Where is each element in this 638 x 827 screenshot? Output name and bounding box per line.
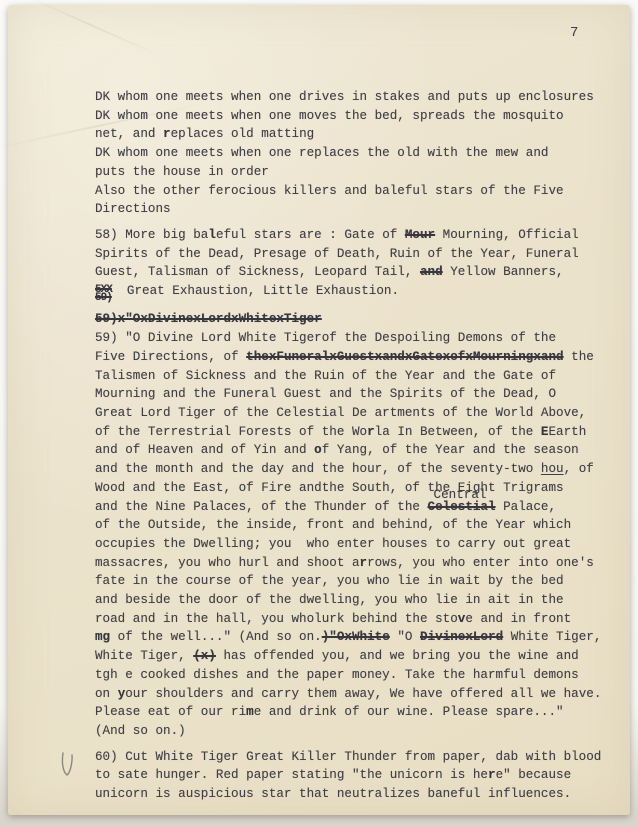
struck-text: CelestialCentral: [428, 500, 496, 514]
typewritten-text: DK whom one meets when one drives in sta…: [95, 88, 616, 811]
overtyped-stack: 5XX59): [95, 286, 112, 303]
text-line: road and in the hall, you wholurk behind…: [95, 610, 616, 629]
struck-text: )"OxWhite: [322, 630, 390, 644]
text-segment: m: [246, 705, 254, 719]
text-segment: (And so on.): [95, 724, 186, 738]
text-segment: our shoulders and carry them away, We ha…: [125, 687, 601, 701]
text-segment: r: [488, 768, 496, 782]
text-line: DK whom one meets when one replaces the …: [95, 144, 616, 163]
text-segment: to sate hunger. Red paper stating "the u…: [95, 768, 488, 782]
text-segment: fate in the course of the year, you who …: [95, 574, 564, 588]
text-segment: massacres, you who hurl and shoot a: [95, 556, 360, 570]
struck-text: Mour: [405, 228, 435, 242]
text-segment: DK whom one meets when one replaces the …: [95, 146, 548, 160]
text-line: to sate hunger. Red paper stating "the u…: [95, 766, 616, 785]
text-segment: Please eat of our ri: [95, 705, 246, 719]
text-line: Spirits of the Dead, Presage of Death, R…: [95, 245, 616, 264]
text-line: massacres, you who hurl and shoot arrows…: [95, 554, 616, 573]
text-segment: Mourning and the Funeral Guest and the S…: [95, 387, 556, 401]
text-segment: Talismen of Sickness and the Ruin of the…: [95, 369, 556, 383]
text-line: 60) Cut White Tiger Great Killer Thunder…: [95, 748, 616, 767]
struck-text: (x): [193, 649, 216, 663]
text-segment: and beside the door of the dwelling, you…: [95, 593, 564, 607]
text-segment: road and in the hall, you wholurk behind…: [95, 612, 458, 626]
text-segment: unicorn is auspicious star that neutrali…: [95, 787, 571, 801]
text-segment: eful stars are : Gate of: [216, 228, 405, 242]
text-segment: Five Directions, of: [95, 350, 246, 364]
text-segment: e" because: [496, 768, 572, 782]
text-segment: 58) More big ba: [95, 228, 208, 242]
text-segment: on: [95, 687, 118, 701]
text-segment: "O: [390, 630, 420, 644]
text-line: Wood and the East, of Fire andthe South,…: [95, 479, 616, 498]
struck-text: 59)x"OxDivinexLordxWhitexTiger: [95, 312, 322, 326]
text-line: Also the other ferocious killers and bal…: [95, 182, 616, 201]
text-line: Talismen of Sickness and the Ruin of the…: [95, 367, 616, 386]
text-segment: Great Exhaustion, Little Exhaustion.: [112, 284, 399, 298]
text-segment: of the Outside, the inside, front and be…: [95, 518, 571, 532]
text-segment: l: [208, 228, 216, 242]
paper-crease: [24, 0, 162, 57]
struck-line-59-draft: 59)x"OxDivinexLordxWhitexTiger: [95, 310, 616, 329]
dk-killer-list: DK whom one meets when one drives in sta…: [95, 88, 616, 219]
text-line: and the month and the day and the hour, …: [95, 460, 616, 479]
text-line: of the Outside, the inside, front and be…: [95, 516, 616, 535]
text-line: Great Lord Tiger of the Celestial De art…: [95, 404, 616, 423]
text-segment: mg: [95, 630, 110, 644]
text-line: White Tiger, (x) has offended you, and w…: [95, 647, 616, 666]
text-segment: e and in front: [465, 612, 571, 626]
text-line: and the Nine Palaces, of the Thunder of …: [95, 498, 616, 517]
text-segment: Great Lord Tiger of the Celestial De art…: [95, 406, 586, 420]
text-segment: la In Between, of the: [375, 425, 541, 439]
text-segment: Earth: [548, 425, 586, 439]
text-line: on your shoulders and carry them away, W…: [95, 685, 616, 704]
text-line: 59) "O Divine Lord White Tigerof the Des…: [95, 329, 616, 348]
page-number: 7: [570, 25, 578, 41]
text-line: 59)x"OxDivinexLordxWhitexTiger: [95, 310, 616, 329]
text-segment: 59) "O Divine Lord White Tigerof the Des…: [95, 331, 556, 345]
text-segment: puts the house in order: [95, 165, 269, 179]
document-page: 7 DK whom one meets when one drives in s…: [8, 5, 630, 815]
text-segment: 60) Cut White Tiger Great Killer Thunder…: [95, 750, 601, 764]
text-segment: rows, you who enter into one's: [367, 556, 594, 570]
text-segment: Also the other ferocious killers and bal…: [95, 184, 564, 198]
text-line: Please eat of our rime and drink of our …: [95, 703, 616, 722]
text-segment: of the Terrestrial Forests of the Wo: [95, 425, 367, 439]
text-segment: the: [564, 350, 594, 364]
inserted-correction: Central: [434, 489, 487, 501]
text-segment: net, and: [95, 127, 163, 141]
text-segment: Spirits of the Dead, Presage of Death, R…: [95, 247, 579, 261]
text-line: occupies the Dwelling; you who enter hou…: [95, 535, 616, 554]
text-line: 58) More big baleful stars are : Gate of…: [95, 226, 616, 245]
text-segment: DK whom one meets when one moves the bed…: [95, 109, 564, 123]
text-segment: f Yang, of the Year and the season: [322, 443, 579, 457]
text-line: of the Terrestrial Forests of the Worla …: [95, 423, 616, 442]
text-line: 5XX59) Great Exhaustion, Little Exhausti…: [95, 282, 616, 303]
text-segment: has offended you, and we bring you the w…: [216, 649, 579, 663]
para-60-paper-tiger-instructions: 60) Cut White Tiger Great Killer Thunder…: [95, 748, 616, 804]
text-segment: Guest, Talisman of Sickness, Leopard Tai…: [95, 265, 420, 279]
text-segment: and the month and the day and the hour, …: [95, 462, 541, 476]
text-segment: Directions: [95, 202, 171, 216]
text-segment: White Tiger,: [95, 649, 193, 663]
text-segment: of the well..." (And so on.: [110, 630, 322, 644]
text-segment: occupies the Dwelling; you who enter hou…: [95, 537, 571, 551]
para-58-baleful-stars: 58) More big baleful stars are : Gate of…: [95, 226, 616, 303]
struck-text: thexFuneralxGuestxandxGatexofxMourningxa…: [246, 350, 563, 364]
text-segment: Mourning, Official: [435, 228, 579, 242]
text-segment: DK whom one meets when one drives in sta…: [95, 90, 594, 104]
text-line: DK whom one meets when one drives in sta…: [95, 88, 616, 107]
text-segment: tgh e cooked dishes and the paper money.…: [95, 668, 579, 682]
text-line: fate in the course of the year, you who …: [95, 572, 616, 591]
text-line: Mourning and the Funeral Guest and the S…: [95, 385, 616, 404]
text-line: Five Directions, of thexFuneralxGuestxan…: [95, 348, 616, 367]
text-segment: e and drink of our wine. Please spare...…: [254, 705, 564, 719]
text-line: Directions: [95, 200, 616, 219]
text-line: puts the house in order: [95, 163, 616, 182]
text-segment: White Tiger,: [503, 630, 601, 644]
text-segment: Wood and the East, of Fire andthe South,…: [95, 481, 564, 495]
struck-text: DivinexLord: [420, 630, 503, 644]
text-line: and beside the door of the dwelling, you…: [95, 591, 616, 610]
text-line: and of Heaven and of Yin and of Yang, of…: [95, 441, 616, 460]
text-segment: , of: [564, 462, 594, 476]
text-segment: and the Nine Palaces, of the Thunder of …: [95, 500, 428, 514]
text-line: unicorn is auspicious star that neutrali…: [95, 785, 616, 804]
text-segment: hou: [541, 462, 564, 476]
text-line: mg of the well..." (And so on.)"OxWhite …: [95, 628, 616, 647]
text-line: Guest, Talisman of Sickness, Leopard Tai…: [95, 263, 616, 282]
pencil-checkmark: [58, 750, 78, 782]
text-line: DK whom one meets when one moves the bed…: [95, 107, 616, 126]
text-segment: r: [360, 556, 368, 570]
text-segment: Yellow Banners,: [443, 265, 564, 279]
text-segment: eplaces old matting: [171, 127, 315, 141]
text-segment: r: [163, 127, 171, 141]
text-segment: r: [367, 425, 375, 439]
text-segment: and of Heaven and of Yin and: [95, 443, 314, 457]
struck-text: and: [420, 265, 443, 279]
text-segment: o: [314, 443, 322, 457]
text-line: net, and replaces old matting: [95, 125, 616, 144]
text-line: (And so on.): [95, 722, 616, 741]
para-59-white-tiger-invocation: 59) "O Divine Lord White Tigerof the Des…: [95, 329, 616, 740]
text-line: tgh e cooked dishes and the paper money.…: [95, 666, 616, 685]
text-segment: Palace,: [496, 500, 556, 514]
